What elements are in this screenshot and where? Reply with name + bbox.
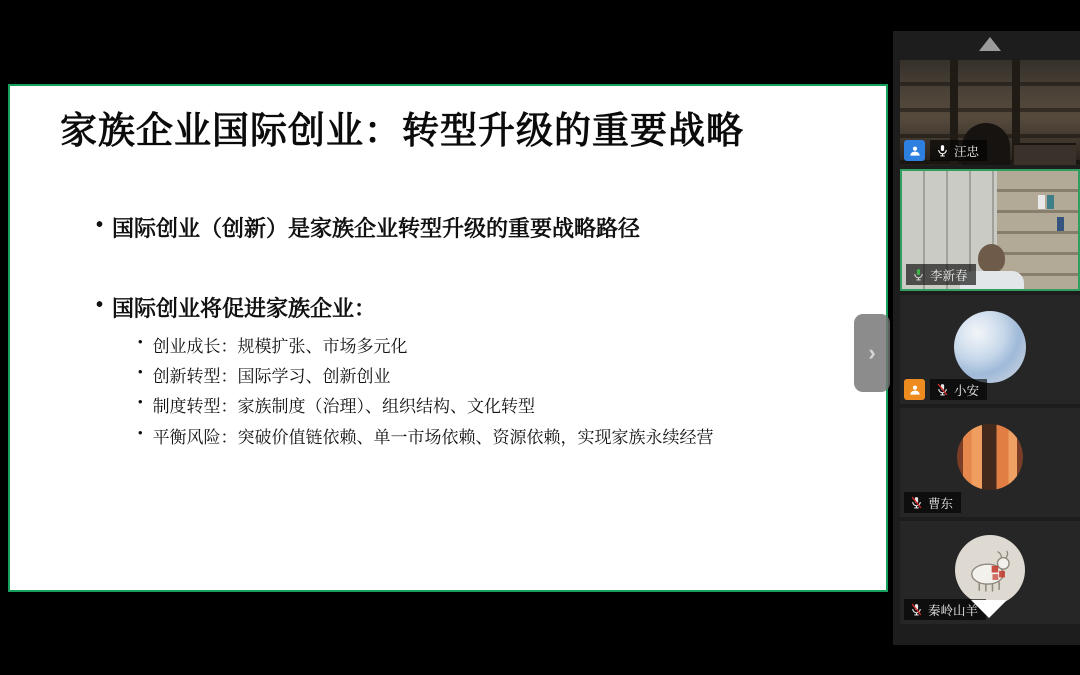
sub-bullet-text: 创业成长：规模扩张、市场多元化	[153, 332, 408, 357]
nameplate: 李新春	[906, 264, 976, 285]
meeting-window: 家族企业国际创业：转型升级的重要战略 • 国际创业（创新）是家族企业转型升级的重…	[0, 0, 1080, 675]
mic-muted-icon	[936, 383, 949, 396]
host-badge-icon	[904, 140, 925, 161]
book-spine	[1057, 217, 1064, 231]
participant-name: 李新春	[930, 266, 968, 284]
slide-sub-bullet: • 平衡风险：突破价值链依赖、单一市场依赖、资源依赖，实现家族永续经营	[138, 423, 858, 448]
book-spine	[1038, 195, 1045, 209]
member-badge-icon	[904, 379, 925, 400]
bullet-dot: •	[138, 332, 143, 352]
participant-name: 曹东	[928, 494, 953, 512]
avatar-blue-watercolor	[954, 311, 1026, 383]
participant-tile-lixinchun-active-speaker[interactable]: 李新春	[900, 169, 1080, 291]
scroll-up-arrow-icon[interactable]	[979, 37, 1001, 51]
slide-title: 家族企业国际创业：转型升级的重要战略	[60, 100, 840, 154]
avatar-goat-seal	[955, 535, 1025, 605]
mic-muted-icon	[910, 496, 923, 509]
bullet-dot: •	[96, 212, 103, 238]
slide-sub-bullet: • 创业成长：规模扩张、市场多元化	[138, 332, 858, 357]
participants-sidebar: 汪忠 李新春	[893, 31, 1080, 645]
scroll-down-arrow-icon[interactable]	[971, 600, 1007, 618]
nameplate: 小安	[904, 379, 987, 400]
panel-collapse-button[interactable]: ›	[854, 314, 890, 392]
book-spine	[1047, 195, 1054, 209]
avatar-food-photo	[957, 424, 1023, 490]
participant-tile-caodong[interactable]: 曹东	[900, 408, 1080, 517]
mic-on-icon	[936, 144, 949, 157]
bullet-text: 国际创业（创新）是家族企业转型升级的重要战略路径	[112, 212, 640, 243]
participant-name: 汪忠	[954, 142, 979, 160]
bullet-dot: •	[96, 292, 103, 318]
participant-tile-xiaoan[interactable]: 小安	[900, 295, 1080, 404]
bullet-text: 国际创业将促进家族企业：	[112, 292, 376, 323]
participant-name: 小安	[954, 381, 979, 399]
slide-sub-bullet: • 制度转型：家族制度（治理）、组织结构、文化转型	[138, 392, 858, 417]
nameplate: 曹东	[904, 492, 961, 513]
nameplate: 汪忠	[904, 140, 987, 161]
mic-muted-icon	[910, 603, 923, 616]
chevron-right-icon: ›	[868, 342, 875, 364]
mic-speaking-icon	[912, 268, 925, 281]
bullet-dot: •	[138, 362, 143, 382]
desk-items	[1014, 143, 1076, 165]
slide-bullet: • 国际创业（创新）是家族企业转型升级的重要战略路径	[96, 212, 836, 243]
goat-sketch-icon	[961, 541, 1019, 599]
slide-sub-bullet: • 创新转型：国际学习、创新创业	[138, 362, 858, 387]
screen-share-region: 家族企业国际创业：转型升级的重要战略 • 国际创业（创新）是家族企业转型升级的重…	[8, 84, 888, 592]
sub-bullet-text: 制度转型：家族制度（治理）、组织结构、文化转型	[153, 392, 536, 417]
participant-tile-wangzhong[interactable]: 汪忠	[900, 60, 1080, 165]
sub-bullet-text: 平衡风险：突破价值链依赖、单一市场依赖、资源依赖，实现家族永续经营	[153, 423, 714, 448]
speaker-head	[978, 244, 1005, 273]
bullet-dot: •	[138, 392, 143, 412]
slide-bullet: • 国际创业将促进家族企业：	[96, 292, 836, 323]
sub-bullet-text: 创新转型：国际学习、创新创业	[153, 362, 391, 387]
bullet-dot: •	[138, 423, 143, 443]
